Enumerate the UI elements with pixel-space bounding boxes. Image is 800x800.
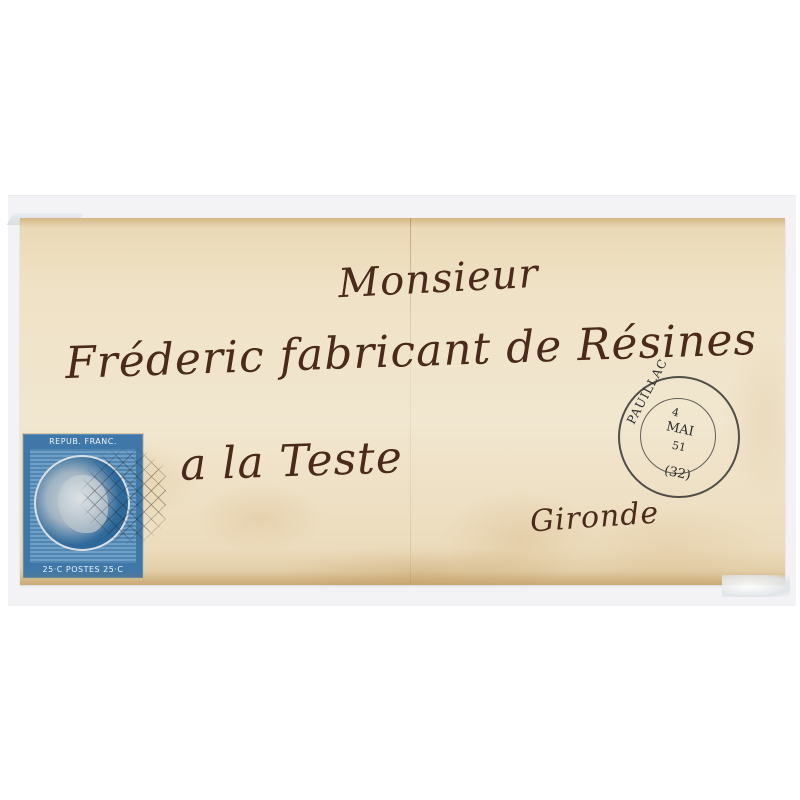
address-town-line: a la Teste bbox=[179, 432, 403, 491]
circular-postmark: PAUILLAC 4 MAI 51 (32) bbox=[618, 376, 740, 498]
postmark-year: 51 bbox=[671, 439, 687, 455]
stamp-bottom-text: 25·C POSTES 25·C bbox=[24, 563, 142, 577]
address-department: Gironde bbox=[529, 496, 660, 540]
envelope: Monsieur Fréderic fabricant de Résines a… bbox=[20, 218, 785, 585]
grid-cancellation bbox=[80, 446, 166, 546]
address-honorific: Monsieur bbox=[337, 251, 540, 307]
sleeve-corner-bottom-right bbox=[722, 575, 790, 597]
